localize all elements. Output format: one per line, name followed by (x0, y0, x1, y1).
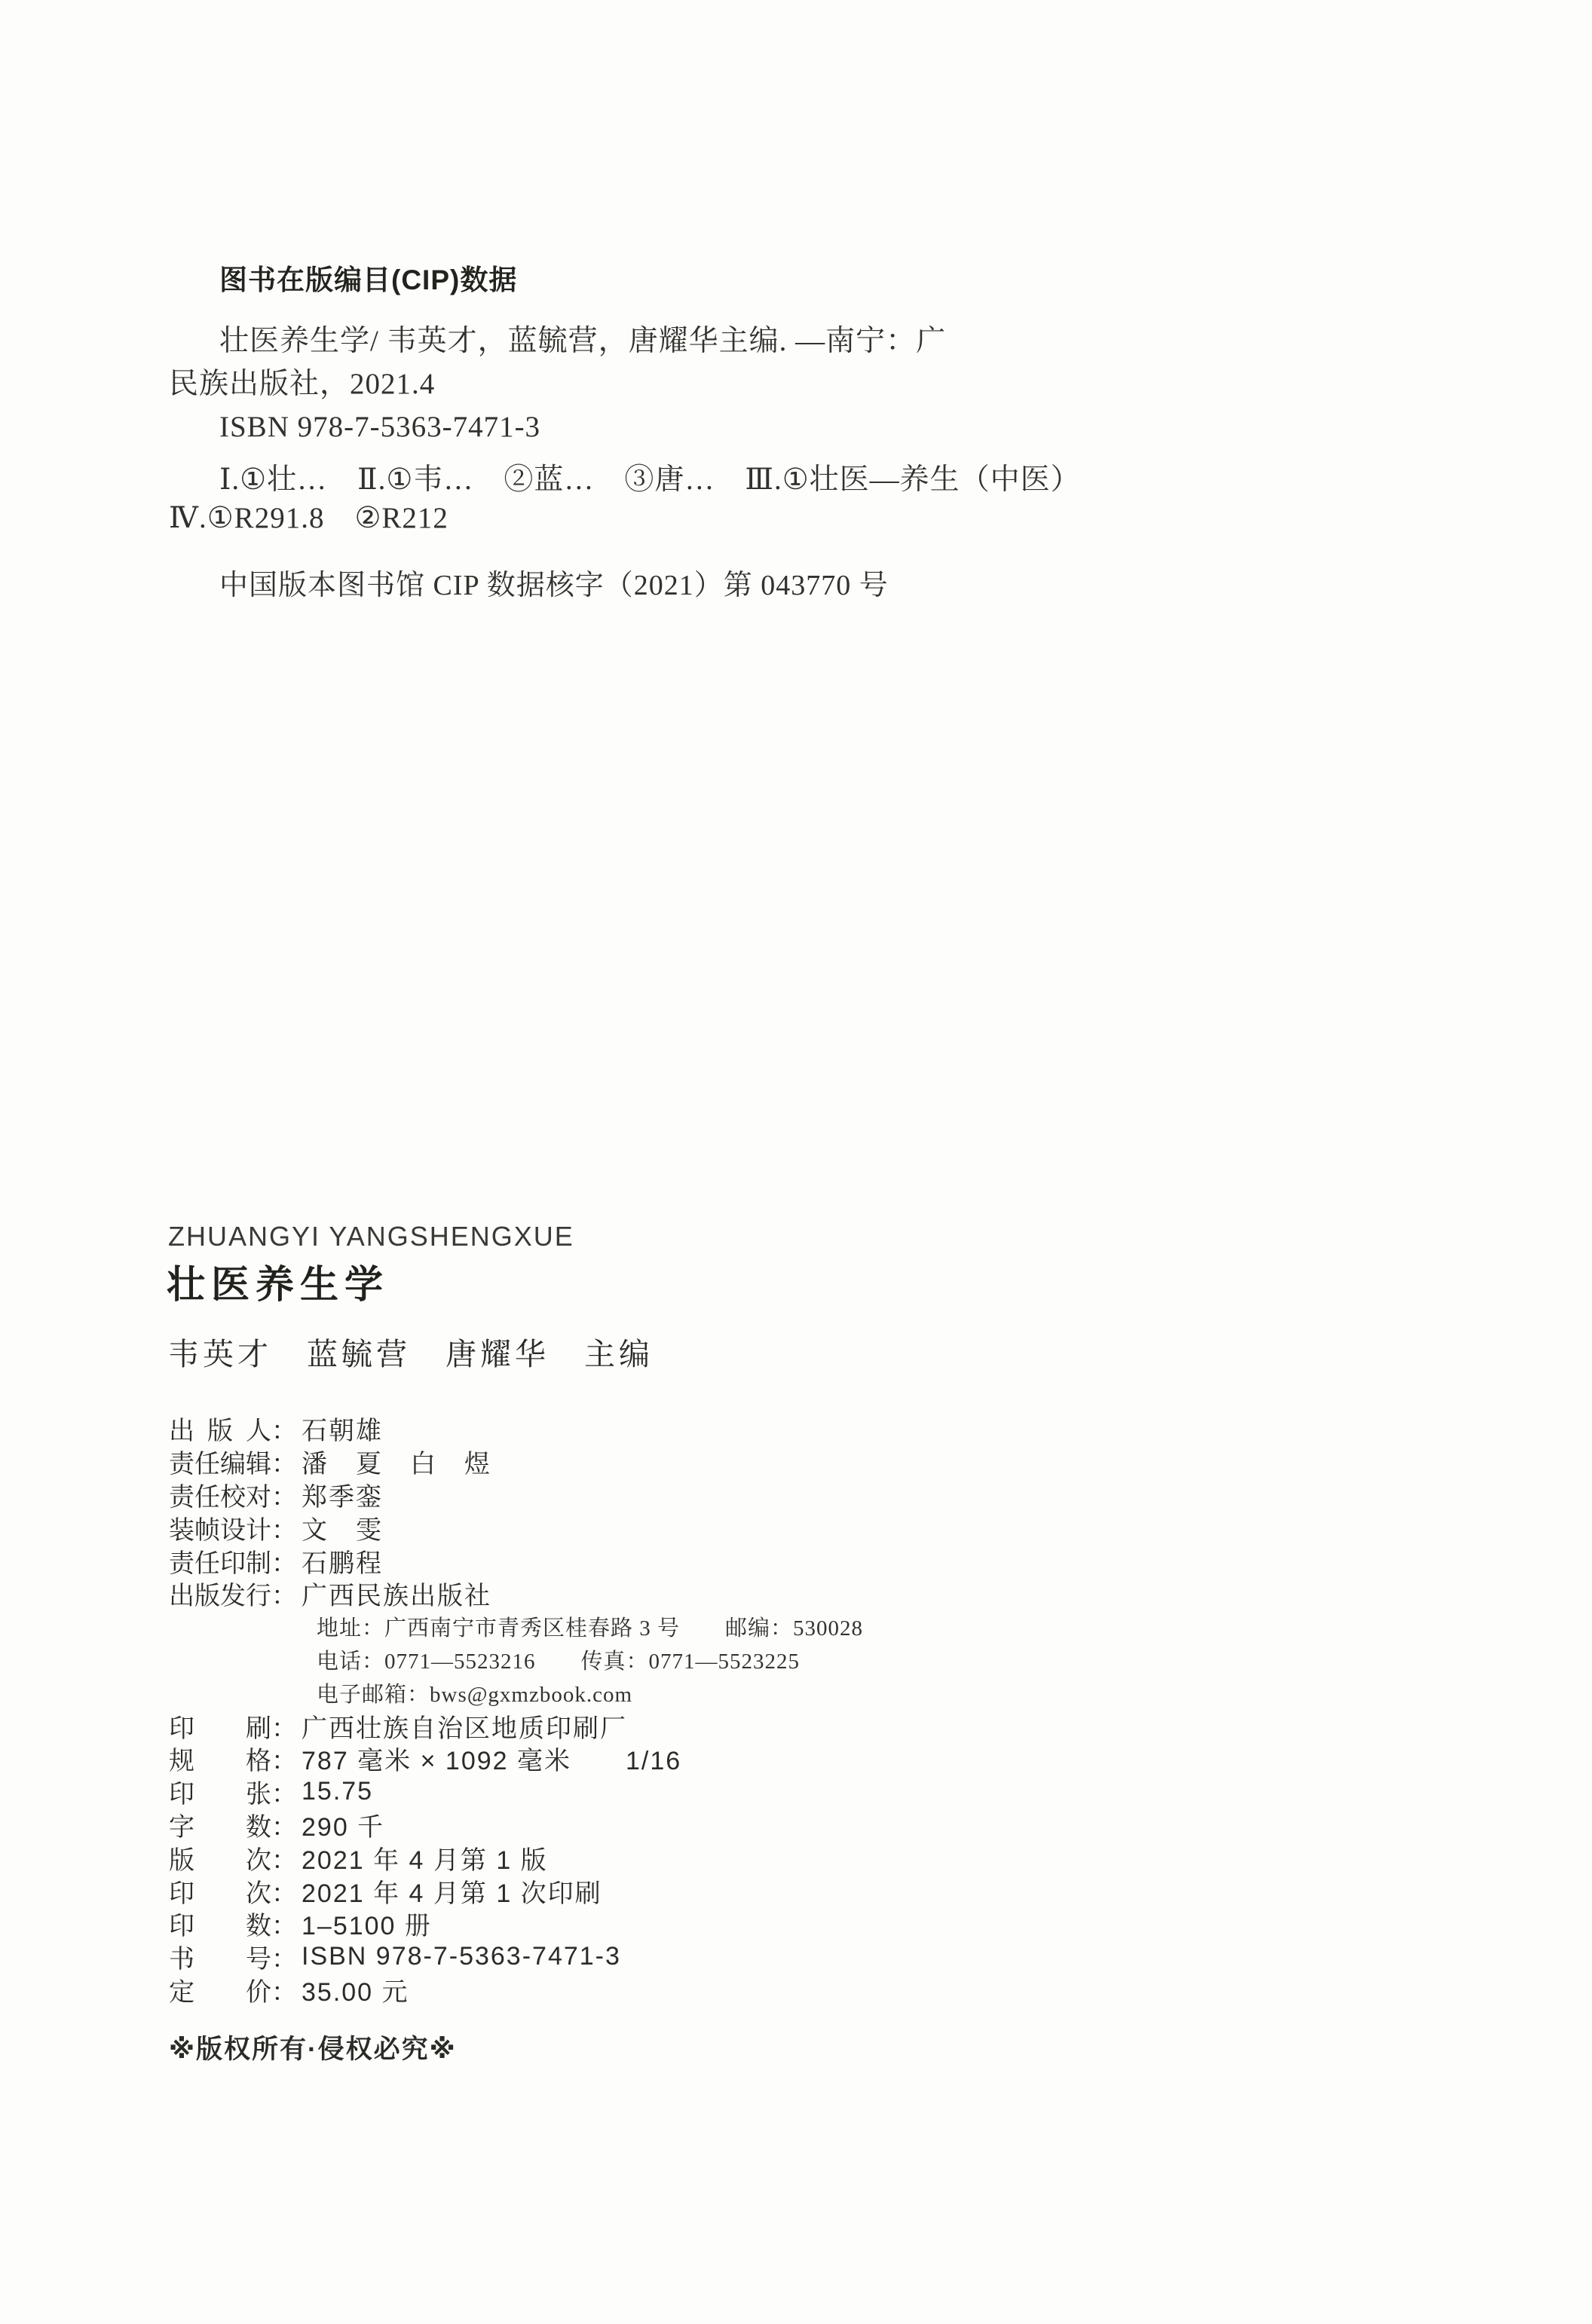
colophon-label: 出版人 (169, 1410, 271, 1447)
colophon-row: 定价：35.00 元 (169, 1974, 1300, 2007)
colophon-colon: ： (271, 1575, 297, 1612)
colophon-value: 石朝雄 (302, 1410, 383, 1447)
colophon-row: 装帧设计：文 雯 (169, 1511, 1300, 1544)
colophon-label: 出版发行 (169, 1575, 271, 1612)
cip-isbn-line: ISBN 978-7-5363-7471-3 (169, 405, 1224, 448)
colophon-label: 装帧设计 (169, 1509, 271, 1546)
colophon-colon: ： (271, 1509, 297, 1546)
colophon-value: 石鹏程 (302, 1543, 383, 1579)
colophon-row: 版次：2021 年 4 月第 1 版 (169, 1841, 1300, 1874)
colophon-label: 规格 (169, 1740, 271, 1777)
colophon-colon: ： (271, 1938, 297, 1975)
colophon-label: 印刷 (169, 1708, 271, 1745)
copyright-page: 图书在版编目(CIP)数据 壮医养生学/ 韦英才，蓝毓营，唐耀华主编. —南宁：… (0, 0, 1592, 2324)
colophon-colon: ： (271, 1476, 297, 1513)
colophon-colon: ： (271, 1410, 297, 1447)
colophon-colon: ： (271, 1839, 297, 1876)
colophon-colon: ： (271, 1443, 297, 1480)
colophon-label: 责任校对 (169, 1476, 271, 1513)
cip-class-line: Ⅰ.①壮… Ⅱ.①韦… ②蓝… ③唐… Ⅲ.①壮医—养生（中医） (169, 460, 1300, 499)
colophon-row: 字数：290 千 (169, 1809, 1300, 1842)
colophon-label: 责任印制 (169, 1543, 271, 1579)
colophon-colon: ： (271, 1708, 297, 1745)
colophon-row: 规格：787 毫米 × 1092 毫米 1/16 (169, 1742, 1300, 1775)
colophon-colon: ： (271, 1740, 297, 1777)
colophon-value: 郑季銮 (302, 1476, 383, 1513)
colophon-label: 书号 (169, 1938, 271, 1975)
colophon-subtext: 电话：0771—5523216 传真：0771—5523225 (317, 1644, 800, 1675)
cip-record-number: 中国版本图书馆 CIP 数据核字（2021）第 043770 号 (219, 561, 889, 603)
colophon-label: 责任编辑 (169, 1443, 271, 1480)
colophon-value: 2021 年 4 月第 1 版 (302, 1839, 548, 1876)
colophon-label: 印次 (169, 1873, 271, 1910)
colophon-value: 290 千 (302, 1806, 384, 1843)
title-pinyin: ZHUANGYI YANGSHENGXUE (168, 1221, 574, 1252)
colophon-colon: ： (271, 1971, 297, 2008)
colophon-label: 版次 (169, 1839, 271, 1876)
colophon-colon: ： (271, 1806, 297, 1843)
colophon-row: 责任印制：石鹏程 (169, 1544, 1300, 1577)
colophon-row: 责任校对：郑季銮 (169, 1478, 1300, 1512)
colophon-subtext: 地址：广西南宁市青秀区桂春路 3 号 邮编：530028 (317, 1611, 863, 1642)
colophon-value: ISBN 978-7-5363-7471-3 (302, 1942, 621, 1971)
colophon-colon: ： (271, 1773, 297, 1810)
colophon-row: 印张：15.75 (169, 1775, 1300, 1809)
colophon-colon: ： (271, 1543, 297, 1579)
copyright-notice: ※版权所有·侵权必究※ (169, 2029, 457, 2066)
colophon-value: 1–5100 册 (302, 1905, 432, 1942)
cip-header: 图书在版编目(CIP)数据 (219, 257, 517, 298)
colophon-value: 文 雯 (302, 1509, 383, 1546)
cip-body-line: 壮医养生学/ 韦英才，蓝毓营，唐耀华主编. —南宁：广 (169, 320, 1224, 362)
colophon-value: 潘 夏 白 煜 (302, 1443, 491, 1480)
colophon-value: 35.00 元 (302, 1971, 409, 2008)
cip-body: 壮医养生学/ 韦英才，蓝毓营，唐耀华主编. —南宁：广 民族出版社，2021.4… (169, 320, 1224, 448)
cip-classification: Ⅰ.①壮… Ⅱ.①韦… ②蓝… ③唐… Ⅲ.①壮医—养生（中医） Ⅳ.①R291… (169, 460, 1300, 537)
colophon-row: 出版发行：广西民族出版社 (169, 1577, 1300, 1610)
colophon-row: 书号：ISBN 978-7-5363-7471-3 (169, 1940, 1300, 1974)
colophon-colon: ： (271, 1873, 297, 1910)
colophon-colon: ： (271, 1905, 297, 1942)
cip-class-line: Ⅳ.①R291.8 ②R212 (169, 499, 1300, 537)
book-title: 壮医养生学 (167, 1253, 389, 1309)
colophon-label: 印张 (169, 1773, 271, 1810)
colophon-row: 印刷：广西壮族自治区地质印刷厂 (169, 1709, 1300, 1742)
colophon-label: 印数 (169, 1905, 271, 1942)
authors-line: 韦英才 蓝毓营 唐耀华 主编 (168, 1329, 654, 1374)
colophon: 出版人：石朝雄 责任编辑：潘 夏 白 煜 责任校对：郑季銮 装帧设计：文 雯 责… (169, 1412, 1300, 2006)
colophon-row: 印数：1–5100 册 (169, 1907, 1300, 1940)
colophon-value: 787 毫米 × 1092 毫米 1/16 (302, 1740, 681, 1777)
colophon-row: 出版人：石朝雄 (169, 1412, 1300, 1445)
cip-body-line: 民族出版社，2021.4 (169, 362, 1224, 405)
colophon-subrow: 电话：0771—5523216 传真：0771—5523225 (169, 1644, 1300, 1677)
colophon-subtext: 电子邮箱：bws@gxmzbook.com (317, 1677, 632, 1708)
colophon-value: 广西民族出版社 (302, 1575, 491, 1612)
colophon-label: 定价 (169, 1971, 271, 2008)
colophon-row: 印次：2021 年 4 月第 1 次印刷 (169, 1874, 1300, 1907)
colophon-value: 15.75 (302, 1777, 373, 1806)
colophon-row: 责任编辑：潘 夏 白 煜 (169, 1445, 1300, 1478)
colophon-subrow: 地址：广西南宁市青秀区桂春路 3 号 邮编：530028 (169, 1610, 1300, 1644)
colophon-value: 广西壮族自治区地质印刷厂 (302, 1708, 627, 1745)
colophon-subrow: 电子邮箱：bws@gxmzbook.com (169, 1676, 1300, 1709)
colophon-value: 2021 年 4 月第 1 次印刷 (302, 1873, 602, 1910)
colophon-label: 字数 (169, 1806, 271, 1843)
